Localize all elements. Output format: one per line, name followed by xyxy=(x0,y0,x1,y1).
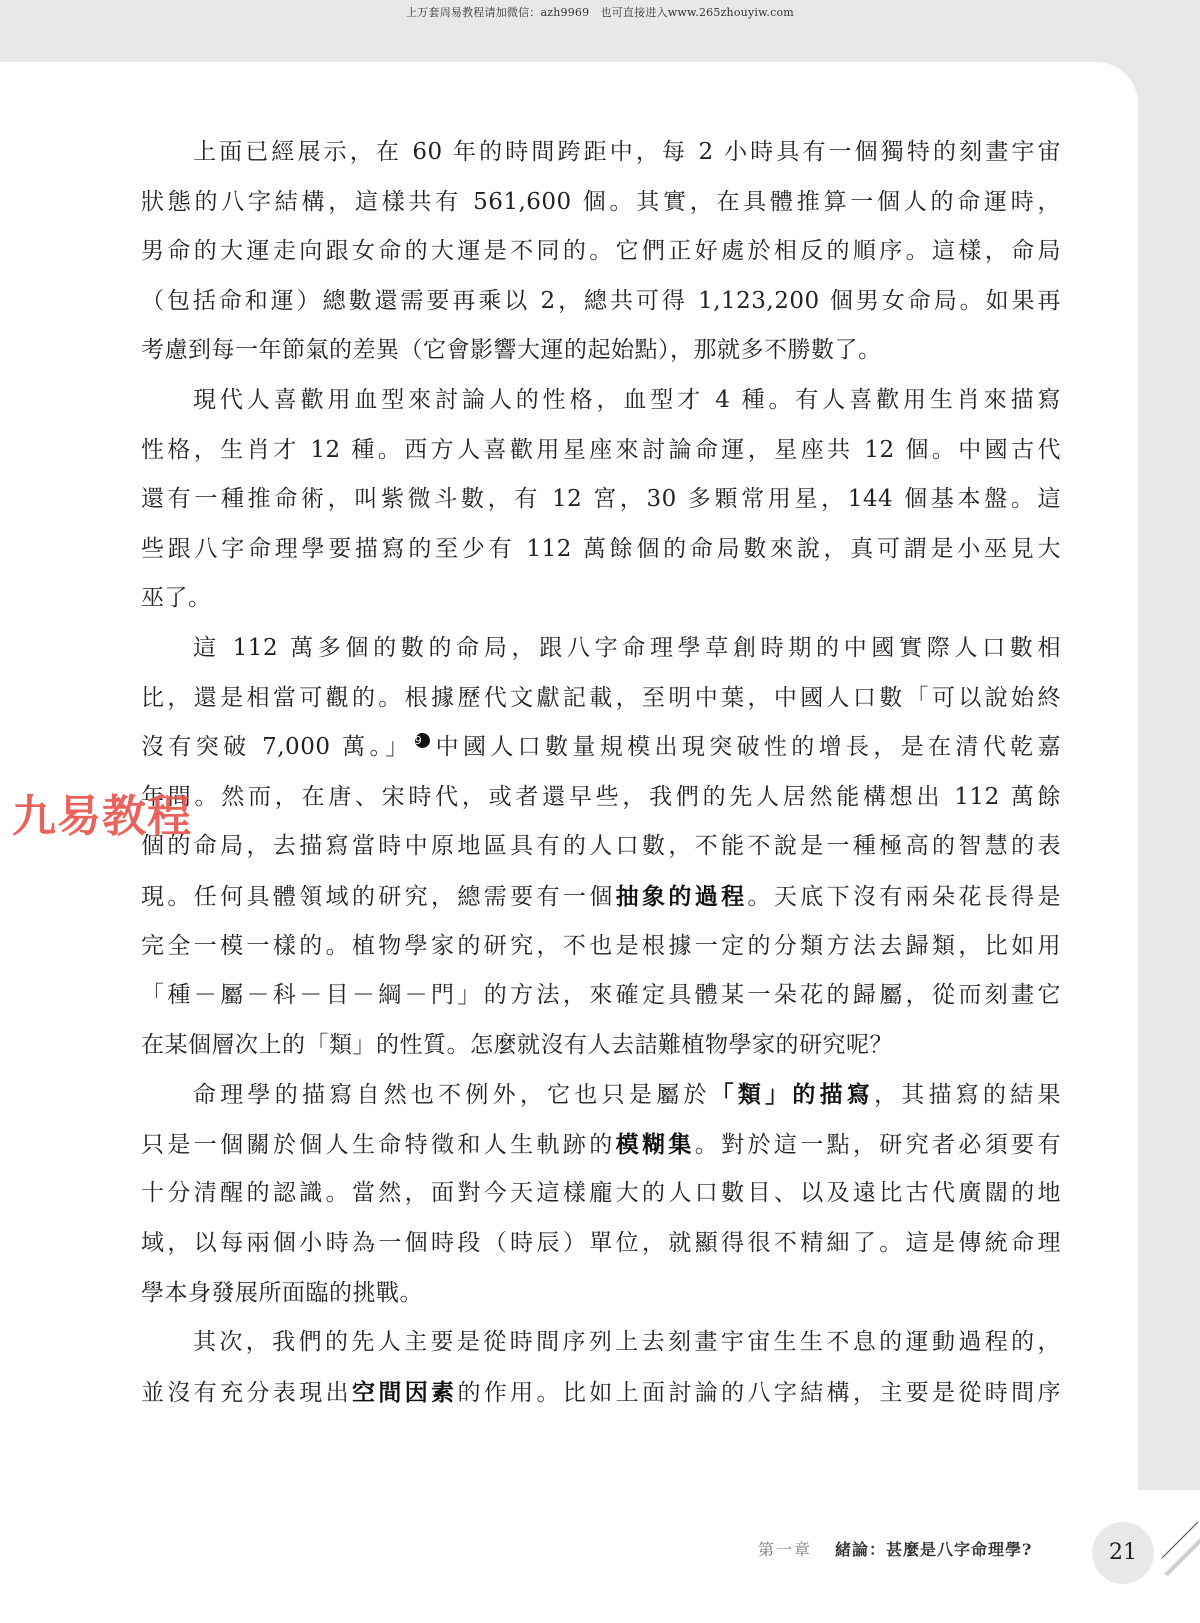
text-segment: 並沒有充分表現出 xyxy=(141,1380,352,1406)
emphasis-text: 空間因素 xyxy=(352,1379,457,1406)
text-line: 現代人喜歡用血型來討論人的性格，血型才 4 種。有人喜歡用生肖來描寫 xyxy=(141,376,1061,426)
text-segment: 學本身發展所面臨的挑戰。 xyxy=(141,1280,423,1306)
emphasis-text: 模糊集 xyxy=(616,1131,695,1158)
text-line: 個的命局，去描寫當時中原地區具有的人口數，不能不說是一種極高的智慧的表 xyxy=(141,822,1061,872)
page-number: 21 xyxy=(1092,1522,1154,1584)
text-segment: 狀態的八字結構，這樣共有 561,600 個。其實，在具體推算一個人的命運時， xyxy=(141,189,1061,215)
text-segment: （包括命和運）總數還需要再乘以 2，總共可得 1,123,200 個男女命局。如… xyxy=(141,288,1061,314)
text-segment: 十分清醒的認識。當然，面對今天這樣龐大的人口數目、以及遠比古代廣闊的地 xyxy=(141,1180,1061,1206)
emphasis-text: 抽象的過程 xyxy=(616,883,748,910)
footnote-marker-icon: 9 xyxy=(415,733,430,748)
text-segment: 的作用。比如上面討論的八字結構，主要是從時間序 xyxy=(457,1380,1061,1406)
text-line: 其次，我們的先人主要是從時間序列上去刻畫宇宙生生不息的運動過程的， xyxy=(141,1318,1061,1368)
text-line: 比，還是相當可觀的。根據歷代文獻記載，至明中葉，中國人口數「可以說始終 xyxy=(141,674,1061,724)
text-line: 現。任何具體領域的研究，總需要有一個抽象的過程。天底下沒有兩朵花長得是 xyxy=(141,872,1061,922)
text-segment: 考慮到每一年節氣的差異（它會影響大運的起始點），那就多不勝數了。 xyxy=(141,337,882,363)
text-line: 上面已經展示，在 60 年的時間跨距中，每 2 小時具有一個獨特的刻畫宇宙 xyxy=(141,128,1061,178)
text-segment: 現。任何具體領域的研究，總需要有一個 xyxy=(141,884,616,910)
text-line: 性格，生肖才 12 種。西方人喜歡用星座來討論命運，星座共 12 個。中國古代 xyxy=(141,426,1061,476)
text-line: 男命的大運走向跟女命的大運是不同的。它們正好處於相反的順序。這樣，命局 xyxy=(141,227,1061,277)
text-line: 只是一個關於個人生命特徵和人生軌跡的模糊集。對於這一點，研究者必須要有 xyxy=(141,1120,1061,1170)
text-line: 巫了。 xyxy=(141,574,1061,624)
body-text: 上面已經展示，在 60 年的時間跨距中，每 2 小時具有一個獨特的刻畫宇宙狀態的… xyxy=(141,128,1061,1417)
text-segment: 其次，我們的先人主要是從時間序列上去刻畫宇宙生生不息的運動過程的， xyxy=(193,1329,1061,1355)
text-segment: 上面已經展示，在 60 年的時間跨距中，每 2 小時具有一個獨特的刻畫宇宙 xyxy=(193,139,1061,165)
text-segment: 些跟八字命理學要描寫的至少有 112 萬餘個的命局數來說，真可謂是小巫見大 xyxy=(141,536,1061,562)
text-segment: 在某個層次上的「類」的性質。怎麼就沒有人去詰難植物學家的研究呢？ xyxy=(141,1032,893,1058)
text-line: 完全一模一樣的。植物學家的研究，不也是根據一定的分類方法去歸類，比如用 xyxy=(141,922,1061,972)
text-segment: 域，以每兩個小時為一個時段（時辰）單位，就顯得很不精細了。這是傳統命理 xyxy=(141,1230,1061,1256)
text-line: 狀態的八字結構，這樣共有 561,600 個。其實，在具體推算一個人的命運時， xyxy=(141,178,1061,228)
emphasis-text: 「類」的描寫 xyxy=(711,1081,874,1108)
text-line: 並沒有充分表現出空間因素的作用。比如上面討論的八字結構，主要是從時間序 xyxy=(141,1368,1061,1418)
text-line: 命理學的描寫自然也不例外，它也只是屬於「類」的描寫，其描寫的結果 xyxy=(141,1070,1061,1120)
text-segment: 沒有突破 7,000 萬。」 xyxy=(141,734,413,760)
top-banner: 上万套周易教程请加微信：azh9969 也可直接进入www.265zhouyiw… xyxy=(0,4,1200,24)
text-segment: 完全一模一樣的。植物學家的研究，不也是根據一定的分類方法去歸類，比如用 xyxy=(141,933,1061,959)
watermark-logo: 九易教程 xyxy=(12,780,192,844)
text-segment: 性格，生肖才 12 種。西方人喜歡用星座來討論命運，星座共 12 個。中國古代 xyxy=(141,437,1061,463)
text-line: 還有一種推命術，叫紫微斗數，有 12 宮，30 多顆常用星，144 個基本盤。這 xyxy=(141,475,1061,525)
text-segment: 「種－屬－科－目－綱－門」的方法，來確定具體某一朵花的歸屬，從而刻畫它 xyxy=(141,982,1061,1008)
text-segment: 比，還是相當可觀的。根據歷代文獻記載，至明中葉，中國人口數「可以說始終 xyxy=(141,685,1061,711)
text-line: 年間。然而，在唐、宋時代，或者還早些，我們的先人居然能構想出 112 萬餘 xyxy=(141,773,1061,823)
text-segment: 中國人口數量規模出現突破性的增長，是在清代乾嘉 xyxy=(432,734,1061,760)
page-corner-decoration-icon xyxy=(1160,1518,1200,1578)
footer-chapter-label: 第一章 xyxy=(758,1537,812,1560)
text-line: 在某個層次上的「類」的性質。怎麼就沒有人去詰難植物學家的研究呢？ xyxy=(141,1021,1061,1071)
text-segment: 個的命局，去描寫當時中原地區具有的人口數，不能不說是一種極高的智慧的表 xyxy=(141,833,1061,859)
text-line: 學本身發展所面臨的挑戰。 xyxy=(141,1269,1061,1319)
text-line: 「種－屬－科－目－綱－門」的方法，來確定具體某一朵花的歸屬，從而刻畫它 xyxy=(141,971,1061,1021)
text-segment: 這 112 萬多個的數的命局，跟八字命理學草創時期的中國實際人口數相 xyxy=(193,635,1061,661)
text-segment: 年間。然而，在唐、宋時代，或者還早些，我們的先人居然能構想出 112 萬餘 xyxy=(141,784,1061,810)
text-segment: 巫了。 xyxy=(141,585,212,611)
text-line: （包括命和運）總數還需要再乘以 2，總共可得 1,123,200 個男女命局。如… xyxy=(141,277,1061,327)
text-segment: 還有一種推命術，叫紫微斗數，有 12 宮，30 多顆常用星，144 個基本盤。這 xyxy=(141,486,1061,512)
text-segment: 。天底下沒有兩朵花長得是 xyxy=(747,884,1061,910)
footer-chapter-title: 緒論：甚麼是八字命理學? xyxy=(835,1537,1032,1560)
text-line: 些跟八字命理學要描寫的至少有 112 萬餘個的命局數來說，真可謂是小巫見大 xyxy=(141,525,1061,575)
text-line: 域，以每兩個小時為一個時段（時辰）單位，就顯得很不精細了。這是傳統命理 xyxy=(141,1219,1061,1269)
text-segment: ，其描寫的結果 xyxy=(874,1082,1061,1108)
text-line: 這 112 萬多個的數的命局，跟八字命理學草創時期的中國實際人口數相 xyxy=(141,624,1061,674)
text-line: 十分清醒的認識。當然，面對今天這樣龐大的人口數目、以及遠比古代廣闊的地 xyxy=(141,1169,1061,1219)
text-line: 沒有突破 7,000 萬。」9中國人口數量規模出現突破性的增長，是在清代乾嘉 xyxy=(141,723,1061,773)
text-segment: 。對於這一點，研究者必須要有 xyxy=(695,1132,1061,1158)
text-segment: 現代人喜歡用血型來討論人的性格，血型才 4 種。有人喜歡用生肖來描寫 xyxy=(193,387,1061,413)
text-line: 考慮到每一年節氣的差異（它會影響大運的起始點），那就多不勝數了。 xyxy=(141,326,1061,376)
text-segment: 命理學的描寫自然也不例外，它也只是屬於 xyxy=(193,1082,711,1108)
text-segment: 只是一個關於個人生命特徵和人生軌跡的 xyxy=(141,1132,616,1158)
text-segment: 男命的大運走向跟女命的大運是不同的。它們正好處於相反的順序。這樣，命局 xyxy=(141,238,1061,264)
